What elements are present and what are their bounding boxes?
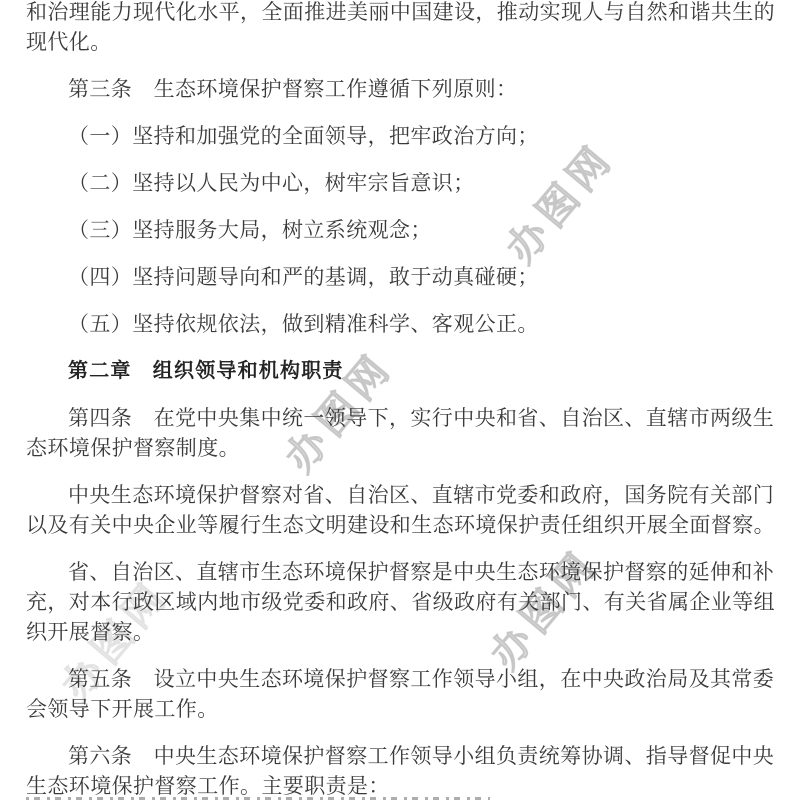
text-line: 现代化。 bbox=[26, 27, 776, 57]
text-line: 和治理能力现代化水平，全面推进美丽中国建设，推动实现人与自然和谐共生的 bbox=[26, 0, 776, 27]
text-line: 充，对本行政区域内地市级党委和政府、省级政府有关部门、有关省属企业等组 bbox=[26, 587, 776, 617]
list-item-5: （五）坚持依规依法，做到精准科学、客观公正。 bbox=[26, 309, 776, 339]
chapter-heading: 第二章 组织领导和机构职责 bbox=[26, 356, 776, 386]
text-line: 织开展督察。 bbox=[26, 617, 776, 647]
text-line: 生态环境保护督察工作。主要职责是： bbox=[26, 771, 776, 800]
text-line: 第三条 生态环境保护督察工作遵循下列原则： bbox=[26, 74, 776, 104]
text-line: （二）坚持以人民为中心，树牢宗旨意识； bbox=[26, 168, 776, 198]
text-line: （三）坚持服务大局，树立系统观念； bbox=[26, 215, 776, 245]
list-item-1: （一）坚持和加强党的全面领导，把牢政治方向； bbox=[26, 121, 776, 151]
paragraph: 中央生态环境保护督察对省、自治区、直辖市党委和政府，国务院有关部门 以及有关中央… bbox=[26, 480, 776, 540]
text-line: （四）坚持问题导向和严的基调，敢于动真碰硬； bbox=[26, 262, 776, 292]
text-line: 第六条 中央生态环境保护督察工作领导小组负责统筹协调、指导督促中央 bbox=[26, 741, 776, 771]
paragraph-article-6: 第六条 中央生态环境保护督察工作领导小组负责统筹协调、指导督促中央 生态环境保护… bbox=[26, 741, 776, 800]
list-item-3: （三）坚持服务大局，树立系统观念； bbox=[26, 215, 776, 245]
paragraph-article-4: 第四条 在党中央集中统一领导下，实行中央和省、自治区、直辖市两级生 态环境保护督… bbox=[26, 403, 776, 463]
text-line: 第五条 设立中央生态环境保护督察工作领导小组，在中央政治局及其常委 bbox=[26, 664, 776, 694]
text-line: 中央生态环境保护督察对省、自治区、直辖市党委和政府，国务院有关部门 bbox=[26, 480, 776, 510]
paragraph-article-3: 第三条 生态环境保护督察工作遵循下列原则： bbox=[26, 74, 776, 104]
page-body: 和治理能力现代化水平，全面推进美丽中国建设，推动实现人与自然和谐共生的 现代化。… bbox=[0, 0, 800, 800]
list-item-2: （二）坚持以人民为中心，树牢宗旨意识； bbox=[26, 168, 776, 198]
text-line: （五）坚持依规依法，做到精准科学、客观公正。 bbox=[26, 309, 776, 339]
text-line: 省、自治区、直辖市生态环境保护督察是中央生态环境保护督察的延伸和补 bbox=[26, 557, 776, 587]
chapter-heading-text: 第二章 组织领导和机构职责 bbox=[26, 356, 776, 386]
text-line: （一）坚持和加强党的全面领导，把牢政治方向； bbox=[26, 121, 776, 151]
document-page: 办图网 办图网 办图网 办图网 和治理能力现代化水平，全面推进美丽中国建设，推动… bbox=[0, 0, 800, 800]
text-line: 第四条 在党中央集中统一领导下，实行中央和省、自治区、直辖市两级生 bbox=[26, 403, 776, 433]
paragraph-article-5: 第五条 设立中央生态环境保护督察工作领导小组，在中央政治局及其常委 会领导下开展… bbox=[26, 664, 776, 724]
paragraph: 和治理能力现代化水平，全面推进美丽中国建设，推动实现人与自然和谐共生的 现代化。 bbox=[26, 0, 776, 57]
text-line: 态环境保护督察制度。 bbox=[26, 433, 776, 463]
text-line: 以及有关中央企业等履行生态文明建设和生态环境保护责任组织开展全面督察。 bbox=[26, 510, 776, 540]
list-item-4: （四）坚持问题导向和严的基调，敢于动真碰硬； bbox=[26, 262, 776, 292]
text-line: 会领导下开展工作。 bbox=[26, 694, 776, 724]
paragraph: 省、自治区、直辖市生态环境保护督察是中央生态环境保护督察的延伸和补 充，对本行政… bbox=[26, 557, 776, 647]
